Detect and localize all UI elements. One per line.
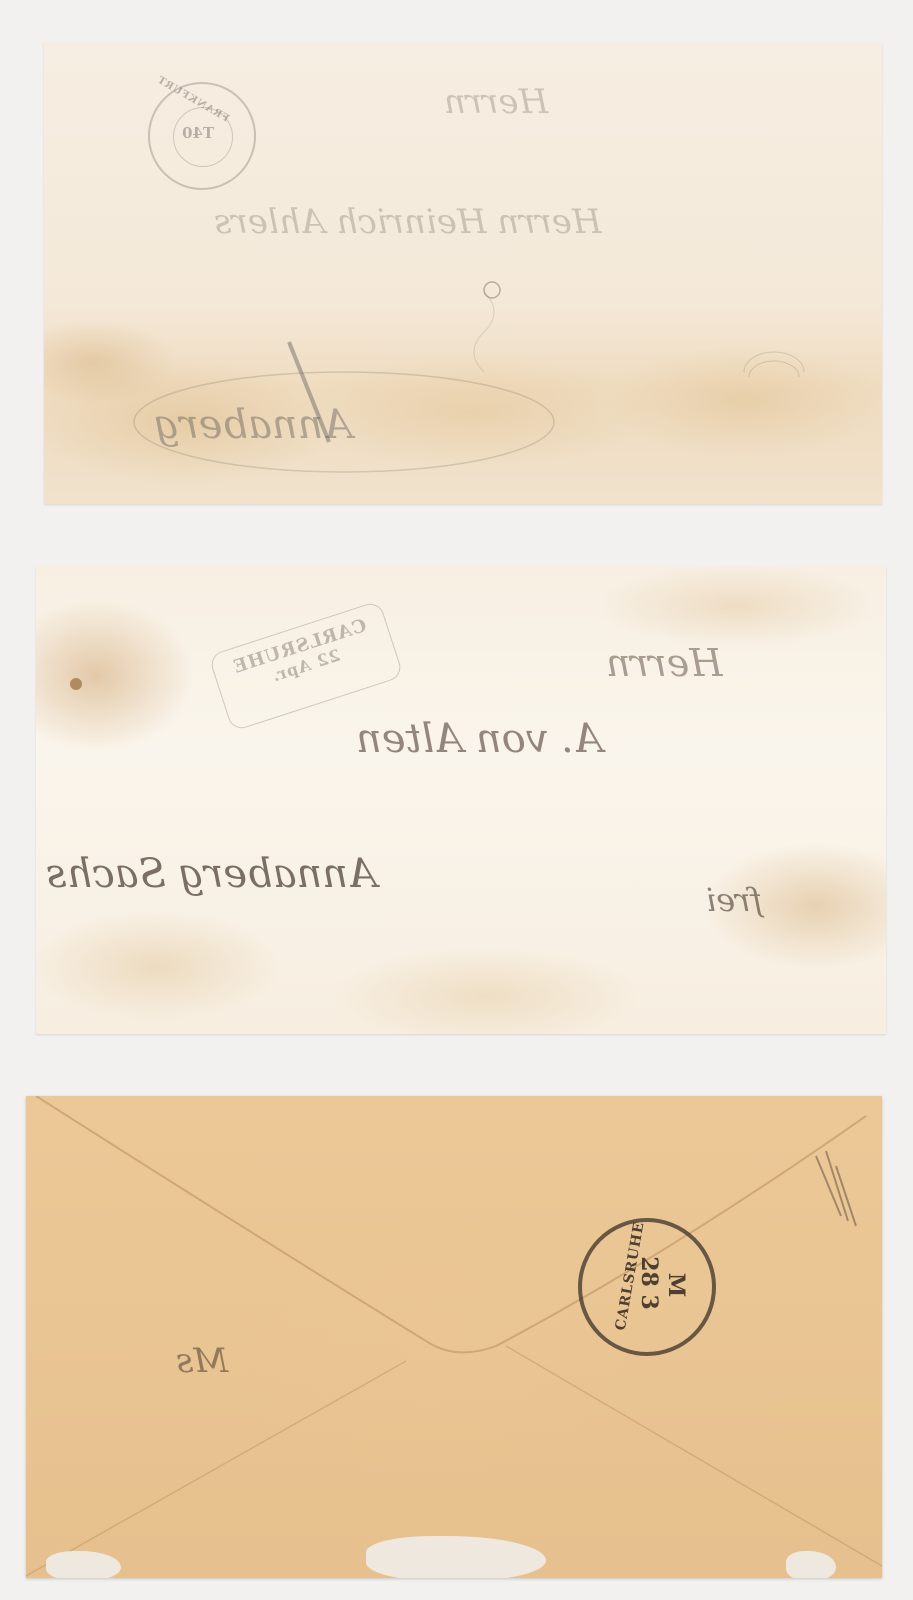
envelope-middle: CARLSRUHE 22 Apr. Herrn A. von Alten Ann… xyxy=(36,566,886,1034)
foxing-spot xyxy=(36,566,886,1034)
postmark-date: 28 3 xyxy=(636,1256,662,1310)
envelope-bottom: Ms xyxy=(26,1096,882,1578)
flourish-oval xyxy=(44,42,882,504)
handwritten-mark: Ms xyxy=(176,1341,228,1381)
postmark-suffix: M xyxy=(663,1273,689,1297)
envelope-top: T40 FRANKFURT Herrn Herrn Heinrich Ahler… xyxy=(44,42,882,504)
envelope-flap xyxy=(26,1096,882,1578)
